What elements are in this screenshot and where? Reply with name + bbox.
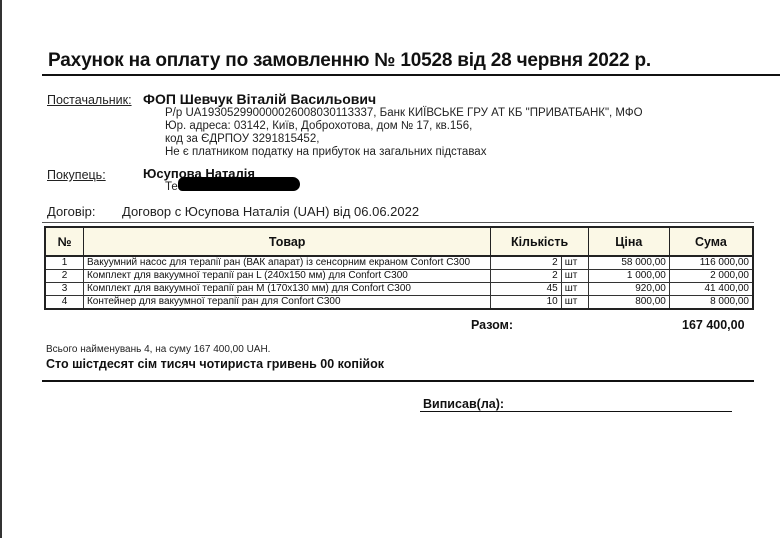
total-in-words: Сто шістдесят сім тисяч чотириста гривен… [46, 357, 384, 371]
table-row: 4Контейнер для вакуумної терапії ран для… [45, 296, 753, 310]
row-product: Вакуумний насос для терапії ран (ВАК апа… [83, 256, 490, 270]
row-number: 1 [45, 256, 83, 270]
supplier-bank-account: Р/р UA193052990000026008030113337, Банк … [165, 107, 643, 119]
table-header-row: № Товар Кількість Ціна Сума [45, 227, 753, 256]
header-product: Товар [83, 227, 490, 256]
row-unit: шт [561, 270, 588, 283]
row-sum: 116 000,00 [669, 256, 753, 270]
header-price: Ціна [588, 227, 669, 256]
row-product: Комплект для вакуумної терапії ран M (17… [83, 283, 490, 296]
table-row: 3Комплект для вакуумної терапії ран M (1… [45, 283, 753, 296]
buyer-phone: Те [165, 181, 178, 193]
signed-by-label: Виписав(ла): [423, 397, 504, 411]
row-unit: шт [561, 296, 588, 310]
words-divider [42, 380, 754, 382]
table-row: 2Комплект для вакуумної терапії ран L (2… [45, 270, 753, 283]
row-sum: 41 400,00 [669, 283, 753, 296]
row-number: 3 [45, 283, 83, 296]
row-quantity: 10 [491, 296, 561, 310]
buyer-label: Покупець: [47, 168, 106, 182]
redaction-mark [178, 177, 300, 191]
row-sum: 2 000,00 [669, 270, 753, 283]
row-sum: 8 000,00 [669, 296, 753, 310]
items-summary: Всього найменувань 4, на суму 167 400,00… [46, 344, 270, 355]
row-quantity: 45 [491, 283, 561, 296]
row-price: 1 000,00 [588, 270, 669, 283]
table-row: 1Вакуумний насос для терапії ран (ВАК ап… [45, 256, 753, 270]
row-price: 920,00 [588, 283, 669, 296]
document-title: Рахунок на оплату по замовленню № 10528 … [48, 50, 651, 72]
row-product: Контейнер для вакуумної терапії ран для … [83, 296, 490, 310]
title-divider [42, 74, 780, 76]
total-value: 167 400,00 [682, 318, 745, 332]
supplier-address: Юр. адреса: 03142, Київ, Доброхотова, до… [165, 120, 472, 132]
contract-label: Договір: [47, 204, 96, 219]
items-table: № Товар Кількість Ціна Сума 1Вакуумний н… [44, 226, 754, 310]
header-sum: Сума [669, 227, 753, 256]
row-number: 2 [45, 270, 83, 283]
signature-line [420, 411, 732, 412]
contract-value: Договор с Юсупова Наталія (UAH) від 06.0… [122, 204, 419, 219]
row-quantity: 2 [491, 256, 561, 270]
contract-divider [42, 222, 754, 223]
supplier-name: ФОП Шевчук Віталій Васильович [143, 91, 376, 107]
row-unit: шт [561, 283, 588, 296]
supplier-edrpou: код за ЄДРПОУ 3291815452, [165, 133, 319, 145]
row-unit: шт [561, 256, 588, 270]
row-product: Комплект для вакуумної терапії ран L (24… [83, 270, 490, 283]
total-label: Разом: [471, 318, 513, 332]
row-quantity: 2 [491, 270, 561, 283]
supplier-tax-status: Не є платником податку на прибуток на за… [165, 146, 486, 158]
row-price: 58 000,00 [588, 256, 669, 270]
header-quantity: Кількість [491, 227, 588, 256]
row-price: 800,00 [588, 296, 669, 310]
supplier-label: Постачальник: [47, 93, 132, 107]
row-number: 4 [45, 296, 83, 310]
header-no: № [45, 227, 83, 256]
